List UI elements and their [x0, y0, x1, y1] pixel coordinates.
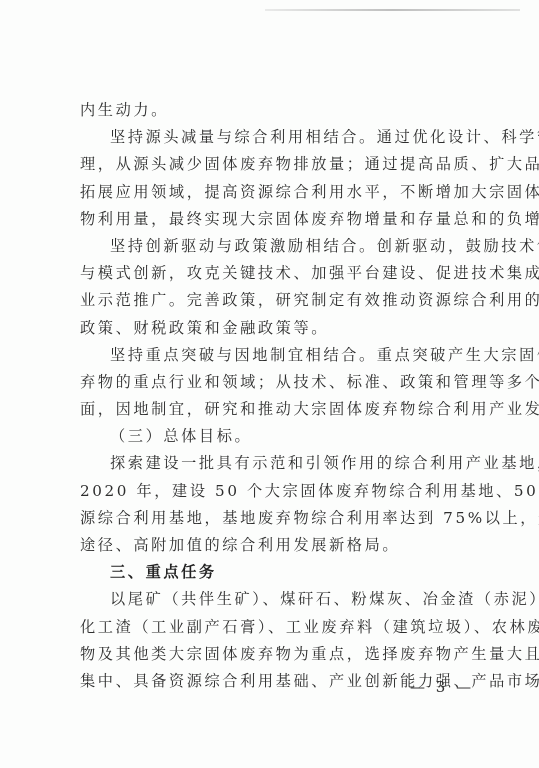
paragraph-line: 政策、财税政策和金融政策等。 — [80, 315, 488, 342]
paragraph-line: 拓展应用领域，提高资源综合利用水平，不断增加大宗固体废弃 — [80, 179, 488, 206]
paragraph-line: 弃物的重点行业和领域；从技术、标准、政策和管理等多个方 — [80, 369, 488, 396]
paragraph-line: 物及其他类大宗固体废弃物为重点，选择废弃物产生量大且相对 — [80, 641, 488, 668]
paragraph-line: 理，从源头减少固体废弃物排放量；通过提高品质、扩大品种和 — [80, 151, 488, 178]
paragraph-line: 内生动力。 — [80, 97, 488, 124]
paragraph-line: 坚持创新驱动与政策激励相结合。创新驱动，鼓励技术创新 — [80, 233, 488, 260]
page-number: — 3 — — [410, 678, 474, 696]
paragraph-line: 化工渣（工业副产石膏）、工业废弃料（建筑垃圾）、农林废弃 — [80, 614, 488, 641]
scan-edge-line — [265, 9, 520, 11]
paragraph-line: 物利用量，最终实现大宗固体废弃物增量和存量总和的负增长。 — [80, 206, 488, 233]
paragraph-line: 探索建设一批具有示范和引领作用的综合利用产业基地，到 — [80, 450, 488, 477]
paragraph-line: 2020 年，建设 50 个大宗固体废弃物综合利用基地、50 个工业资 — [80, 478, 488, 505]
paragraph-line: 途径、高附加值的综合利用发展新格局。 — [80, 532, 488, 559]
section-heading: 三、重点任务 — [80, 559, 488, 586]
paragraph-line: 源综合利用基地，基地废弃物综合利用率达到 75%以上，形成多 — [80, 505, 488, 532]
paragraph-line: 以尾矿（共伴生矿）、煤矸石、粉煤灰、冶金渣（赤泥）、 — [80, 586, 488, 613]
paragraph-line: 坚持重点突破与因地制宜相结合。重点突破产生大宗固体废 — [80, 342, 488, 369]
document-page: 内生动力。 坚持源头减量与综合利用相结合。通过优化设计、科学管 理，从源头减少固… — [0, 0, 539, 768]
section-subheading: （三）总体目标。 — [80, 423, 488, 450]
paragraph-line: 与模式创新，攻克关键技术、加强平台建设、促进技术集成、产 — [80, 260, 488, 287]
paragraph-line: 业示范推广。完善政策，研究制定有效推动资源综合利用的产业 — [80, 287, 488, 314]
paragraph-line: 面，因地制宜，研究和推动大宗固体废弃物综合利用产业发展。 — [80, 396, 488, 423]
paragraph-line: 坚持源头减量与综合利用相结合。通过优化设计、科学管 — [80, 124, 488, 151]
document-body: 内生动力。 坚持源头减量与综合利用相结合。通过优化设计、科学管 理，从源头减少固… — [80, 97, 488, 695]
